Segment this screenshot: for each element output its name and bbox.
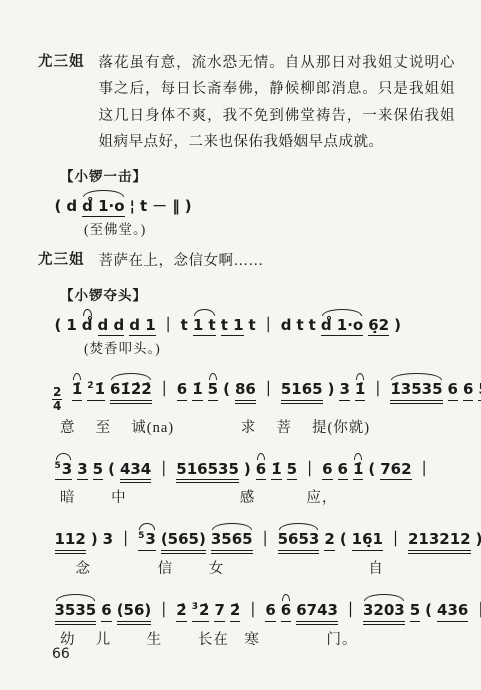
notation-token: ｜: [370, 380, 385, 400]
notation-token: 53: [138, 530, 156, 551]
notation-token: t: [309, 316, 316, 336]
percussion-notation-2: (1d̊d dd 1｜t1 tt 1t｜dttd̊ 1·o6̣2): [52, 306, 455, 337]
notation-token: ｜: [118, 530, 133, 550]
notation-token: 16̣1: [352, 530, 383, 551]
music-line-4: 35356(56)｜2̇3̇2̇72̇｜666743｜32035(436｜ 幼 …: [38, 591, 455, 649]
notation-token: d: [66, 197, 77, 217]
notation-token: 436: [437, 601, 468, 622]
notation-token: (: [223, 380, 230, 400]
notation-token: ｜: [258, 530, 273, 550]
notation-token: 3203: [363, 601, 405, 625]
notation-token: 6743: [296, 601, 338, 625]
jianpu-notation-2: 5335(434｜516535)61̇5｜661̇(762｜: [52, 450, 455, 484]
stage-direction-1: (至佛堂。): [84, 218, 455, 238]
notation-token: ): [328, 380, 335, 400]
notation-token: 6: [101, 601, 111, 622]
music-line-2: 5335(434｜516535)61̇5｜661̇(762｜ 暗 中 感 应，: [38, 450, 455, 508]
notation-token: 53: [55, 460, 73, 481]
notation-token: d d: [98, 316, 125, 337]
notation-token: ｜: [245, 601, 260, 621]
notation-token: ｜: [157, 380, 172, 400]
lyrics-line-3: 念 信 女 自: [60, 557, 455, 578]
notation-token: 86: [235, 380, 256, 404]
notation-token: (: [108, 460, 115, 480]
notation-token: ‖: [172, 197, 180, 217]
notation-token: ): [244, 460, 251, 480]
notation-token: ): [91, 530, 98, 550]
dialogue-block-1: 尤三姐 落花虽有意，流水恐无情。自从那日对我姐丈说明心事之后，每日长斋奉佛，静候…: [38, 50, 455, 156]
grace-note: 5: [55, 461, 61, 471]
notation-token: 1̇: [353, 460, 363, 481]
notation-token: (: [425, 601, 432, 621]
jianpu-notation-1: 241̇2̇1̇61̇2̇2̇｜61̇5(86｜5165)31̇｜1̇35356…: [52, 370, 455, 412]
notation-token: 7: [214, 601, 224, 622]
notation-token: ｜: [473, 601, 481, 621]
notation-token: ): [476, 530, 481, 550]
notation-token: (: [368, 460, 375, 480]
notation-token: ｜: [343, 601, 358, 621]
music-line-3: 112)3｜53(565)3565｜56532(16̣1｜213212)332｜…: [38, 520, 455, 578]
notation-token: 1 t: [193, 316, 216, 337]
notation-token: 5: [208, 380, 218, 401]
notation-token: 5165: [281, 380, 323, 404]
notation-token: 112: [55, 530, 86, 554]
notation-token: 6: [322, 460, 332, 481]
notation-token: ｜: [156, 460, 171, 480]
notation-token: 5: [93, 460, 103, 481]
notation-token: 1̇3535: [390, 380, 442, 404]
dialogue-block-2: 尤三姐 菩萨在上，念信女啊……: [38, 248, 455, 274]
notation-token: 3: [103, 530, 113, 550]
music-line-1: 241̇2̇1̇61̇2̇2̇｜61̇5(86｜5165)31̇｜1̇35356…: [38, 370, 455, 436]
notation-token: 2̇1̇: [87, 380, 105, 401]
lyrics-line-4: 幼 儿 生 长在 寒 门。: [60, 628, 455, 649]
notation-token: ｜: [388, 530, 403, 550]
dialogue-text: 落花虽有意，流水恐无情。自从那日对我姐丈说明心事之后，每日长斋奉佛，静候柳郎消息…: [99, 50, 456, 156]
notation-token: 3535: [55, 601, 97, 625]
notation-token: 5: [410, 601, 420, 622]
notation-token: 6: [256, 460, 266, 481]
lyrics-line-2: 暗 中 感 应，: [60, 486, 455, 507]
notation-token: t: [140, 197, 147, 217]
notation-token: ): [394, 316, 401, 336]
notation-token: 6: [448, 380, 458, 401]
notation-token: 5653: [278, 530, 320, 554]
notation-token: 3̇2̇: [192, 601, 210, 622]
percussion-label-2: 【小锣夺头】: [60, 284, 455, 304]
dialogue-text: 菩萨在上，念信女啊……: [99, 248, 264, 274]
notation-token: 434: [120, 460, 151, 484]
stage-direction-2: (焚香叩头。): [84, 337, 455, 357]
percussion-notation-1: (dd̊ 1·o¦t－‖): [52, 187, 455, 218]
notation-token: 3565: [211, 530, 253, 554]
notation-token: 6: [265, 601, 275, 622]
notation-token: 5: [287, 460, 297, 481]
notation-token: (: [55, 316, 62, 336]
notation-token: t: [296, 316, 303, 336]
notation-token: ): [185, 197, 192, 217]
notation-token: 1̇: [355, 380, 365, 401]
notation-token: t 1: [221, 316, 244, 337]
notation-token: 3: [77, 460, 87, 481]
notation-token: ｜: [261, 316, 276, 336]
grace-note: 5: [138, 531, 144, 541]
notation-token: 6: [177, 380, 187, 401]
notation-token: ｜: [417, 460, 432, 480]
notation-token: 762: [380, 460, 411, 481]
notation-token: 6: [463, 380, 473, 401]
notation-token: 1̇: [271, 460, 281, 481]
speaker-name: 尤三姐: [38, 50, 85, 156]
grace-note: 3̇: [192, 602, 198, 612]
percussion-label-1: 【小锣一击】: [60, 165, 455, 185]
notation-token: d̊: [82, 316, 93, 336]
notation-token: d̊ 1·o: [82, 197, 124, 218]
notation-token: －: [152, 197, 167, 217]
notation-token: ¦: [130, 197, 135, 217]
notation-token: 6: [281, 601, 291, 622]
score-page: 尤三姐 落花虽有意，流水恐无情。自从那日对我姐丈说明心事之后，每日长斋奉佛，静候…: [0, 0, 481, 690]
notation-token: t: [249, 316, 256, 336]
notation-token: 1̇: [192, 380, 202, 401]
page-number: 66: [52, 646, 70, 662]
jianpu-notation-3: 112)3｜53(565)3565｜56532(16̣1｜213212)332｜: [52, 520, 455, 554]
speaker-name: 尤三姐: [38, 248, 85, 274]
time-signature: 24: [52, 386, 62, 412]
jianpu-notation-4: 35356(56)｜2̇3̇2̇72̇｜666743｜32035(436｜: [52, 591, 455, 625]
notation-token: ｜: [261, 380, 276, 400]
notation-token: (56): [117, 601, 152, 625]
notation-token: ｜: [161, 316, 176, 336]
notation-token: 2̇: [176, 601, 186, 622]
notation-token: 1̇: [72, 380, 82, 401]
notation-token: d̊ 1·o: [321, 316, 363, 337]
notation-token: 213212: [408, 530, 471, 554]
notation-token: 1: [66, 316, 76, 336]
notation-token: 6: [338, 460, 348, 481]
notation-token: 61̇2̇2̇: [110, 380, 152, 404]
notation-token: (565): [161, 530, 206, 554]
grace-note: 2̇: [87, 381, 93, 391]
notation-token: 516535: [176, 460, 239, 484]
notation-token: 2̇: [230, 601, 240, 622]
notation-token: (: [55, 197, 62, 217]
notation-token: 2: [324, 530, 334, 551]
notation-token: t: [181, 316, 188, 336]
notation-token: 3: [339, 380, 349, 401]
notation-token: d: [281, 316, 292, 336]
lyrics-line-1: 意 至 诚(na) 求 菩 提(你就): [60, 416, 455, 437]
notation-token: ｜: [302, 460, 317, 480]
notation-token: d 1: [129, 316, 155, 337]
notation-token: (: [340, 530, 347, 550]
notation-token: 6̣2: [368, 316, 389, 337]
notation-token: ｜: [156, 601, 171, 621]
